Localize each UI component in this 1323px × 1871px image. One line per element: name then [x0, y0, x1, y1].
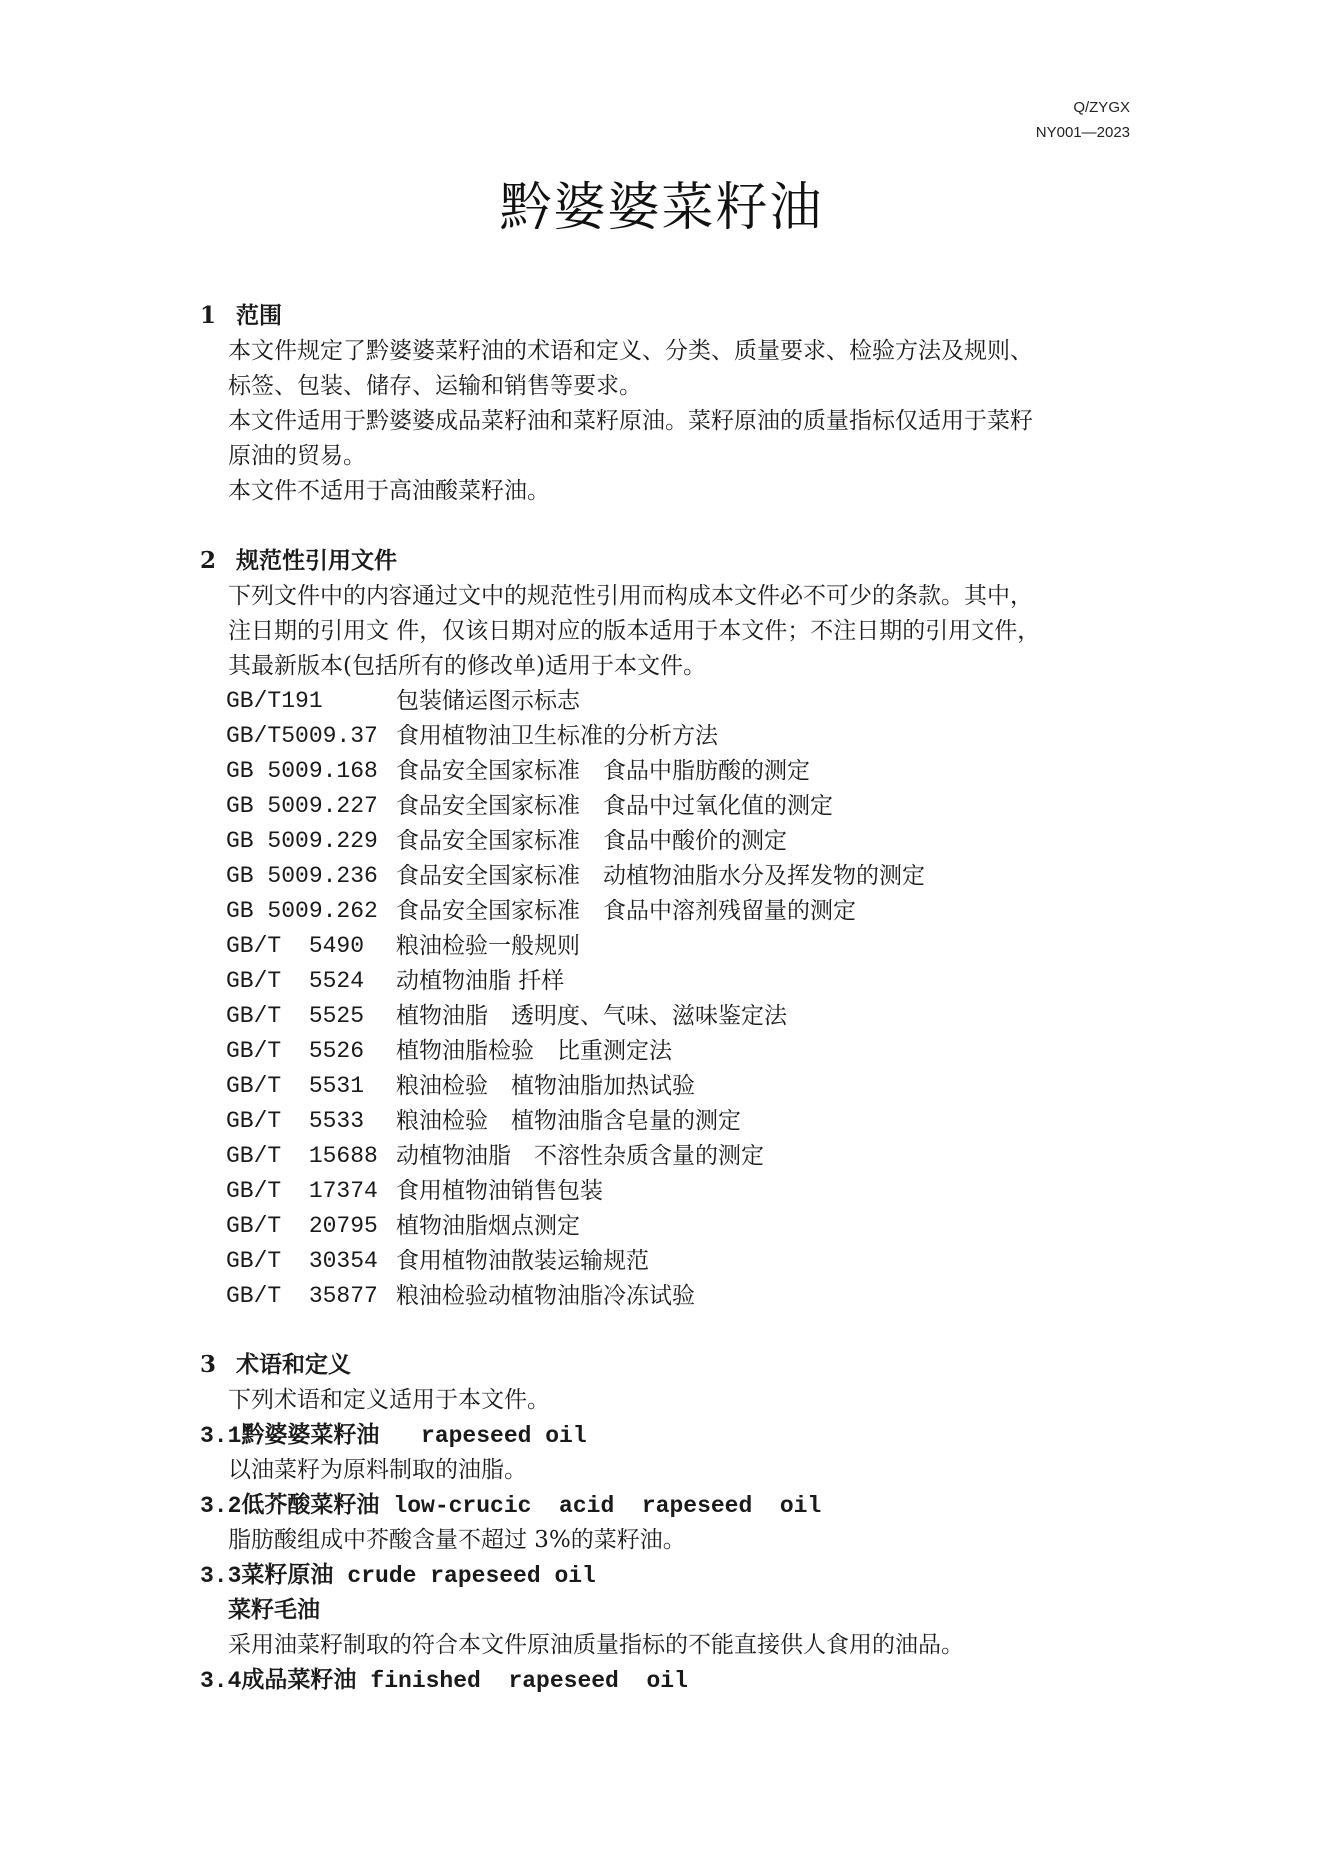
- reference-title: 粮油检验 植物油脂加热试验: [396, 1071, 695, 1101]
- term-cn: 菜籽原油: [241, 1561, 333, 1588]
- section-2-heading: 2规范性引用文件: [200, 546, 397, 576]
- reference-title: 粮油检验动植物油脂冷冻试验: [396, 1281, 695, 1311]
- section-1-heading: 1范围: [200, 301, 282, 331]
- reference-title: 食品安全国家标准 动植物油脂水分及挥发物的测定: [396, 861, 925, 891]
- term-number: 3.2: [200, 1493, 241, 1519]
- paragraph-line: 下列术语和定义适用于本文件。: [228, 1385, 550, 1415]
- reference-code: GB/T 20795: [226, 1211, 378, 1241]
- paragraph-line: 其最新版本(包括所有的修改单)适用于本文件。: [228, 651, 706, 681]
- reference-code: GB 5009.227: [226, 791, 378, 821]
- term-number: 3.4: [200, 1668, 241, 1694]
- reference-title: 食品安全国家标准 食品中酸价的测定: [396, 826, 787, 856]
- section-title: 术语和定义: [236, 1351, 351, 1378]
- reference-title: 食用植物油销售包装: [396, 1176, 603, 1206]
- paragraph-line: 本文件不适用于高油酸菜籽油。: [228, 476, 550, 506]
- reference-title: 粮油检验一般规则: [396, 931, 580, 961]
- standard-code-line1: Q/ZYGX: [1073, 99, 1130, 117]
- term-cn: 黔婆婆菜籽油: [241, 1421, 379, 1448]
- reference-title: 植物油脂检验 比重测定法: [396, 1036, 672, 1066]
- reference-code: GB/T 17374: [226, 1176, 378, 1206]
- paragraph-line: 注日期的引用文 件，仅该日期对应的版本适用于本文件；不注日期的引用文件，: [228, 616, 1040, 646]
- reference-title: 粮油检验 植物油脂含皂量的测定: [396, 1106, 741, 1136]
- term-alias: 菜籽毛油: [228, 1595, 320, 1625]
- reference-code: GB/T 5524: [226, 966, 364, 996]
- reference-code: GB/T 5490: [226, 931, 364, 961]
- section-number: 2: [200, 546, 216, 576]
- section-number: 1: [200, 301, 216, 331]
- paragraph-line: 原油的贸易。: [228, 441, 366, 471]
- reference-title: 动植物油脂 扦样: [396, 966, 564, 996]
- reference-code: GB/T 30354: [226, 1246, 378, 1276]
- term-definition: 以油菜籽为原料制取的油脂。: [228, 1455, 527, 1485]
- reference-title: 植物油脂 透明度、气味、滋味鉴定法: [396, 1001, 787, 1031]
- reference-title: 食品安全国家标准 食品中脂肪酸的测定: [396, 756, 810, 786]
- term-number: 3.1: [200, 1423, 241, 1449]
- term-en: rapeseed oil: [393, 1423, 586, 1449]
- reference-title: 食用植物油散装运输规范: [396, 1246, 649, 1276]
- paragraph-line: 标签、包装、储存、运输和销售等要求。: [228, 371, 642, 401]
- reference-title: 食用植物油卫生标准的分析方法: [396, 721, 718, 751]
- term-number: 3.3: [200, 1563, 241, 1589]
- section-title: 规范性引用文件: [236, 547, 397, 574]
- standard-code-line2: NY001—2023: [1036, 124, 1130, 142]
- reference-code: GB 5009.236: [226, 861, 378, 891]
- reference-title: 植物油脂烟点测定: [396, 1211, 580, 1241]
- reference-code: GB/T 5533: [226, 1106, 364, 1136]
- reference-title: 包装储运图示标志: [396, 686, 580, 716]
- term-3-2-heading: 3.2低芥酸菜籽油low-crucic acid rapeseed oil: [200, 1490, 821, 1521]
- reference-code: GB/T191: [226, 686, 323, 716]
- term-cn: 成品菜籽油: [241, 1666, 356, 1693]
- reference-code: GB/T 5526: [226, 1036, 364, 1066]
- reference-code: GB/T5009.37: [226, 721, 378, 751]
- paragraph-line: 本文件规定了黔婆婆菜籽油的术语和定义、分类、质量要求、检验方法及规则、: [228, 336, 1033, 366]
- reference-code: GB/T 35877: [226, 1281, 378, 1311]
- reference-title: 食品安全国家标准 食品中过氧化值的测定: [396, 791, 833, 821]
- document-page: Q/ZYGX NY001—2023 黔婆婆菜籽油 1范围 本文件规定了黔婆婆菜籽…: [0, 0, 1323, 1871]
- reference-code: GB/T 5525: [226, 1001, 364, 1031]
- term-3-4-heading: 3.4成品菜籽油finished rapeseed oil: [200, 1665, 688, 1696]
- paragraph-line: 下列文件中的内容通过文中的规范性引用而构成本文件必不可少的条款。其中，: [228, 581, 1033, 611]
- reference-code: GB 5009.262: [226, 896, 378, 926]
- term-3-3-heading: 3.3菜籽原油crude rapeseed oil: [200, 1560, 596, 1591]
- reference-code: GB/T 5531: [226, 1071, 364, 1101]
- paragraph-line: 本文件适用于黔婆婆成品菜籽油和菜籽原油。菜籽原油的质量指标仅适用于菜籽: [228, 406, 1033, 436]
- reference-title: 动植物油脂 不溶性杂质含量的测定: [396, 1141, 764, 1171]
- reference-code: GB/T 15688: [226, 1141, 378, 1171]
- reference-title: 食品安全国家标准 食品中溶剂残留量的测定: [396, 896, 856, 926]
- document-title: 黔婆婆菜籽油: [0, 176, 1323, 240]
- reference-code: GB 5009.168: [226, 756, 378, 786]
- reference-code: GB 5009.229: [226, 826, 378, 856]
- section-title: 范围: [236, 302, 282, 329]
- term-definition: 采用油菜籽制取的符合本文件原油质量指标的不能直接供人食用的油品。: [228, 1630, 964, 1660]
- term-definition: 脂肪酸组成中芥酸含量不超过 3%的菜籽油。: [228, 1525, 686, 1555]
- term-en: finished rapeseed oil: [370, 1668, 687, 1694]
- section-3-heading: 3术语和定义: [200, 1350, 351, 1380]
- term-en: low-crucic acid rapeseed oil: [393, 1493, 821, 1519]
- term-cn: 低芥酸菜籽油: [241, 1491, 379, 1518]
- term-3-1-heading: 3.1黔婆婆菜籽油 rapeseed oil: [200, 1420, 587, 1451]
- section-number: 3: [200, 1350, 216, 1380]
- term-en: crude rapeseed oil: [347, 1563, 595, 1589]
